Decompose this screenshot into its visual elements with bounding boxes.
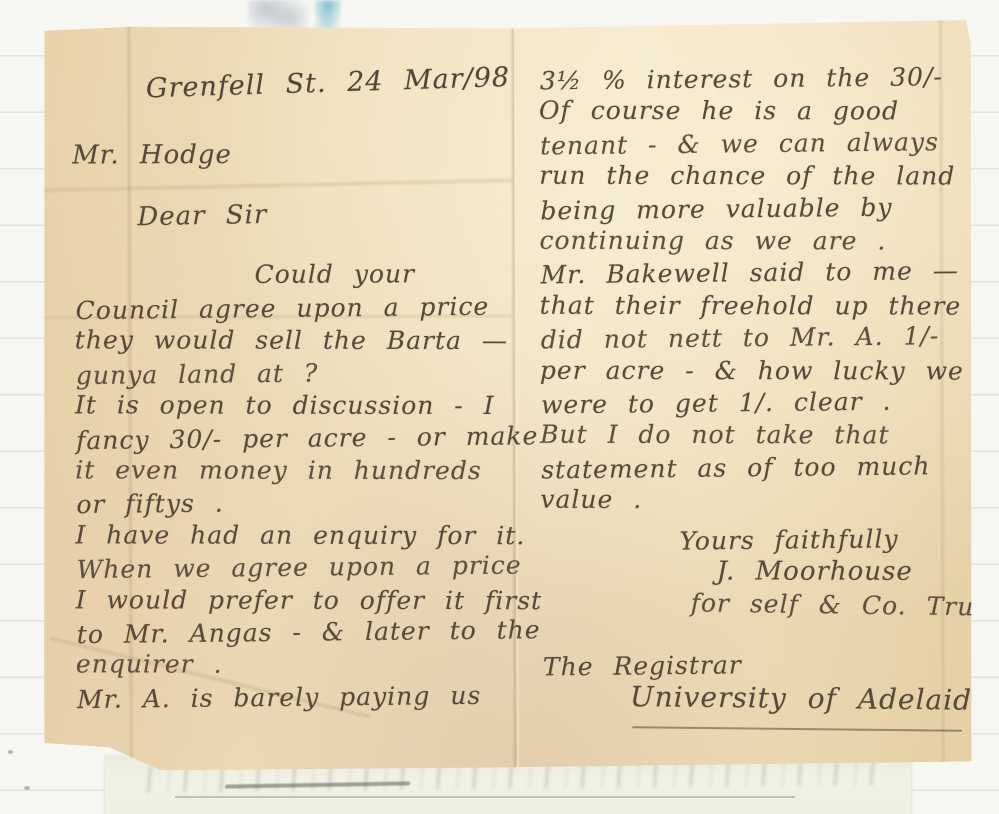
letter-line: were to get 1/. clear . bbox=[541, 385, 971, 422]
valediction-line: Yours faithfully bbox=[679, 521, 999, 558]
letter-line: Mr. Bakewell said to me — bbox=[540, 255, 970, 292]
letter-line: I would prefer to offer it first bbox=[76, 584, 526, 617]
address-block: The Registrar University of Adelaide bbox=[542, 647, 990, 717]
letter-line: gunya land at ? bbox=[76, 355, 526, 392]
letter-line: It is open to discussion - I bbox=[75, 390, 525, 423]
letter-line: or fiftys . bbox=[76, 485, 526, 522]
scanner-speckle-teal bbox=[315, 0, 341, 32]
letter-line: it even money in hundreds bbox=[75, 454, 525, 487]
letter-line: value . bbox=[540, 484, 970, 517]
letter-line: But I do not take that bbox=[540, 419, 970, 452]
fold-crease-horizontal bbox=[42, 177, 512, 194]
letter-line: I have had an enquiry for it. bbox=[75, 519, 525, 552]
letter-line: tenant - & we can always bbox=[540, 126, 970, 163]
letter-line: When we agree upon a price bbox=[76, 549, 526, 586]
letter-line: Mr. A. is barely paying us bbox=[77, 679, 527, 716]
letter-paper: Grenfell St. 24 Mar/98 Mr. Hodge Dear Si… bbox=[42, 19, 974, 770]
signature-line: J. Moorhouse bbox=[717, 555, 999, 589]
letter-line: they would sell the Barta — bbox=[75, 325, 525, 358]
letter-line: Of course he is a good bbox=[539, 95, 969, 128]
address-line-registrar: The Registrar bbox=[543, 646, 991, 685]
salutation-line: Dear Sir bbox=[137, 200, 267, 232]
signature-role-line: for self & Co. Trustee bbox=[691, 586, 999, 624]
address-underline bbox=[632, 726, 962, 731]
letter-line: per acre - & how lucky we bbox=[540, 354, 970, 387]
letter-line: being more valuable by bbox=[540, 190, 970, 227]
letter-line: 3½ % interest on the 30/- bbox=[540, 61, 970, 98]
address-line-university: University of Adelaide bbox=[630, 680, 990, 718]
closing-block: Yours faithfully J. Moorhouse for self &… bbox=[678, 522, 999, 622]
opening-line: Could your bbox=[255, 259, 416, 289]
letter-line: enquirer . bbox=[76, 649, 526, 682]
scanner-speck bbox=[24, 786, 30, 790]
letter-line: statement as of too much bbox=[541, 450, 971, 487]
date-line: Grenfell St. 24 Mar/98 bbox=[146, 62, 511, 104]
scanner-speck bbox=[8, 750, 13, 754]
letter-line: fancy 30/- per acre - or make bbox=[76, 420, 526, 457]
letter-line: that their freehold up there bbox=[540, 289, 970, 322]
letter-line: to Mr. Angas - & later to the bbox=[77, 614, 527, 651]
letter-line: Council agree upon a price bbox=[76, 290, 526, 327]
recipient-line: Mr. Hodge bbox=[72, 140, 232, 171]
letter-page-left-body: Council agree upon a price they would se… bbox=[75, 292, 526, 715]
letter-line: run the chance of the land bbox=[539, 160, 969, 193]
scanner-speckle-gray bbox=[248, 0, 308, 30]
letter-page-right-body: 3½ % interest on the 30/- Of course he i… bbox=[539, 62, 971, 517]
letter-line: continuing as we are . bbox=[539, 225, 969, 258]
show-through-rule bbox=[175, 796, 795, 798]
letter-line: did not nett to Mr. A. 1/- bbox=[541, 320, 971, 357]
